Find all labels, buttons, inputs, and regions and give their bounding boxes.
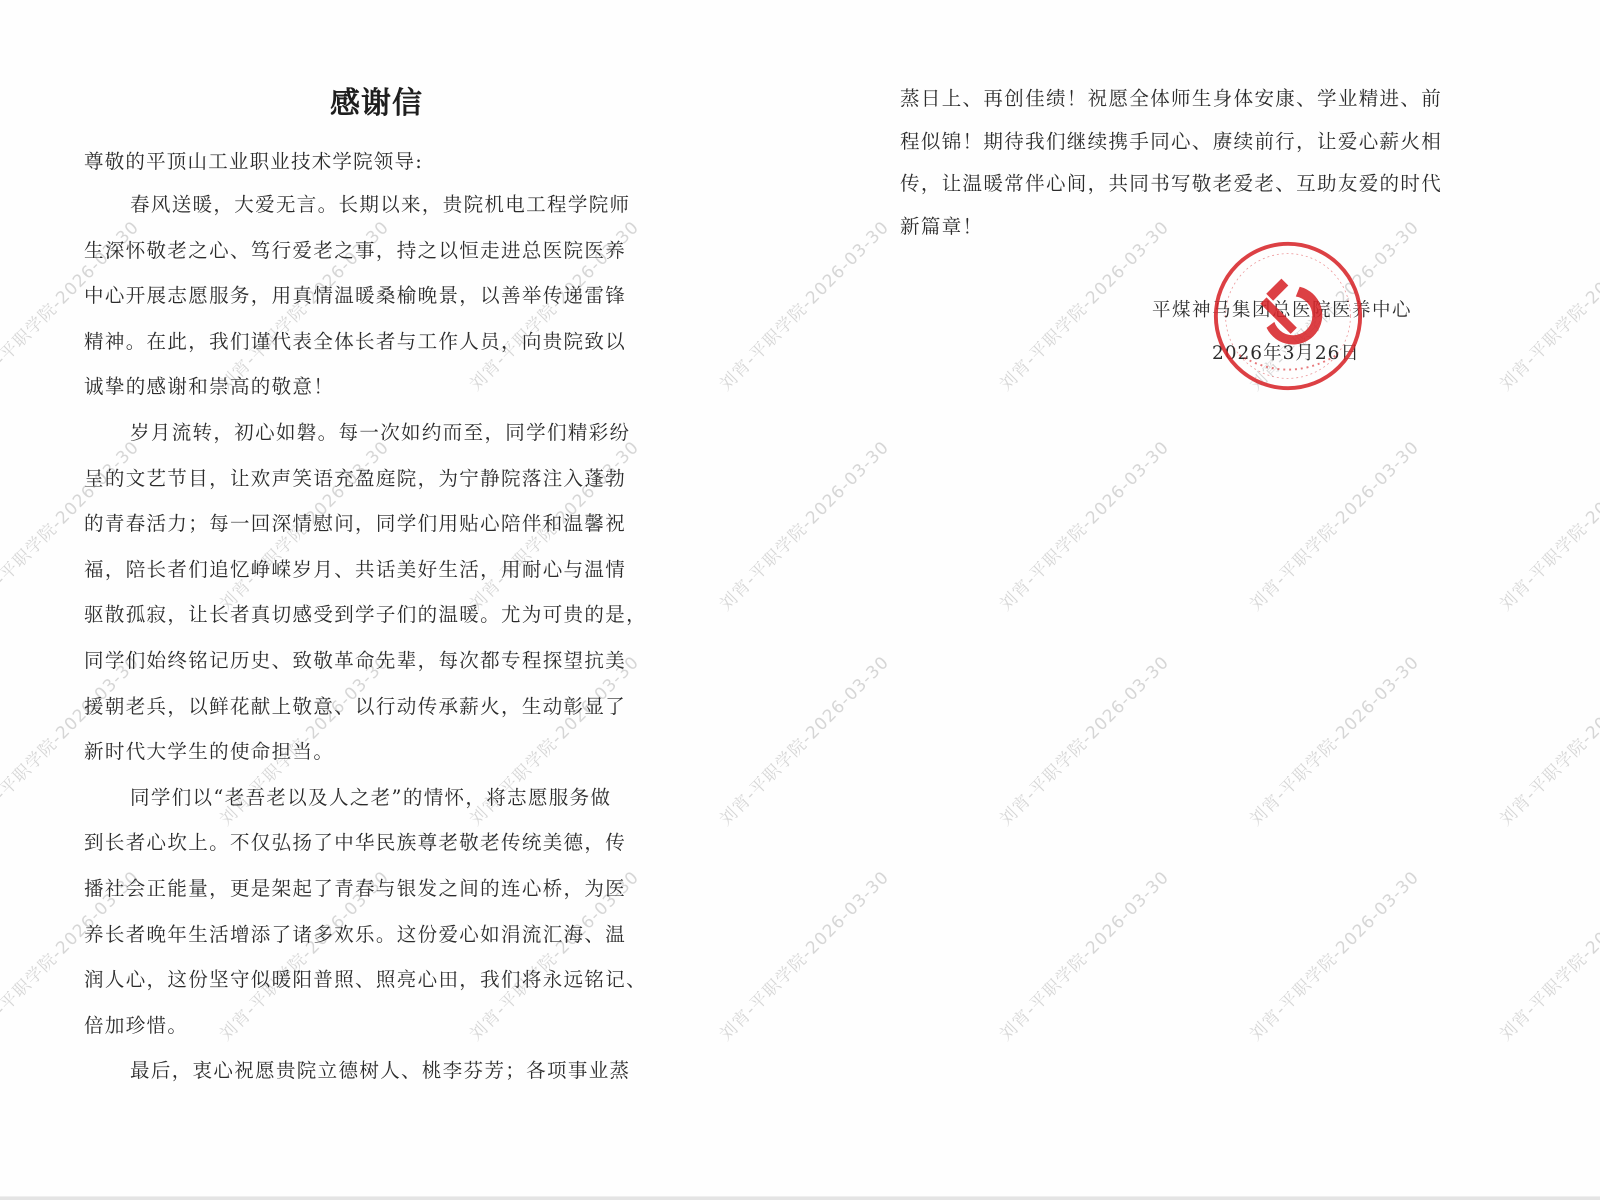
letter-line: 蒸日上、再创佳绩！祝愿全体师生身体安康、学业精进、前 [900, 83, 1442, 111]
letter-line: 养长者晚年生活增添了诸多欢乐。这份爱心如涓流汇海、温 [84, 919, 626, 947]
letter-line: 福，陪长者们追忆峥嵘岁月、共话美好生活，用耐心与温情 [84, 554, 626, 582]
letter-line: 诚挚的感谢和崇高的敬意！ [84, 371, 334, 399]
bottom-edge [0, 1196, 1600, 1200]
letter-line: 同学们始终铭记历史、致敬革命先辈，每次都专程探望抗美 [84, 645, 626, 673]
letter-line: 的青春活力；每一回深情慰问，同学们用贴心陪伴和温馨祝 [84, 508, 626, 536]
letter-line: 中心开展志愿服务，用真情温暖桑榆晚景，以善举传递雷锋 [84, 280, 626, 308]
salutation: 尊敬的平顶山工业职业技术学院领导: [84, 146, 423, 174]
letter-line: 到长者心坎上。不仅弘扬了中华民族尊老敬老传统美德，传 [84, 827, 626, 855]
letter-line: 传，让温暖常伴心间，共同书写敬老爱老、互助友爱的时代 [900, 168, 1442, 196]
letter-line: 程似锦！期待我们继续携手同心、赓续前行，让爱心薪火相 [900, 126, 1442, 154]
letter-line: 生深怀敬老之心、笃行爱老之事，持之以恒走进总医院医养 [84, 235, 626, 263]
hammer-sickle-icon [1260, 279, 1322, 345]
letter-line: 新时代大学生的使命担当。 [84, 736, 334, 764]
letter-content: 感谢信 尊敬的平顶山工业职业技术学院领导: 春风送暖，大爱无言。长期以来，贵院机… [0, 0, 1600, 1196]
page-title: 感谢信 [330, 78, 423, 122]
letter-line: 播社会正能量，更是架起了青春与银发之间的连心桥，为医 [84, 873, 626, 901]
document-viewer: 刘宵-平职学院-2026-03-30刘宵-平职学院-2026-03-30刘宵-平… [0, 0, 1600, 1196]
letter-line: 同学们以“老吾老以及人之老”的情怀，将志愿服务做 [130, 782, 611, 810]
official-seal [1210, 238, 1366, 394]
letter-line: 春风送暖，大爱无言。长期以来，贵院机电工程学院师 [130, 189, 630, 217]
letter-line: 岁月流转，初心如磐。每一次如约而至，同学们精彩纷 [130, 417, 630, 445]
letter-line: 援朝老兵，以鲜花献上敬意、以行动传承薪火，生动彰显了 [84, 691, 626, 719]
letter-line: 呈的文艺节目，让欢声笑语充盈庭院，为宁静院落注入蓬勃 [84, 463, 626, 491]
letter-line: 精神。在此，我们谨代表全体长者与工作人员，向贵院致以 [84, 326, 626, 354]
letter-line: 最后，衷心祝愿贵院立德树人、桃李芬芳；各项事业蒸 [130, 1055, 630, 1083]
letter-line: 驱散孤寂，让长者真切感受到学子们的温暖。尤为可贵的是， [84, 599, 647, 627]
letter-line: 新篇章！ [900, 211, 983, 239]
letter-line: 润人心，这份坚守似暖阳普照、照亮心田，我们将永远铭记、 [84, 964, 647, 992]
letter-line: 倍加珍惜。 [84, 1010, 188, 1038]
